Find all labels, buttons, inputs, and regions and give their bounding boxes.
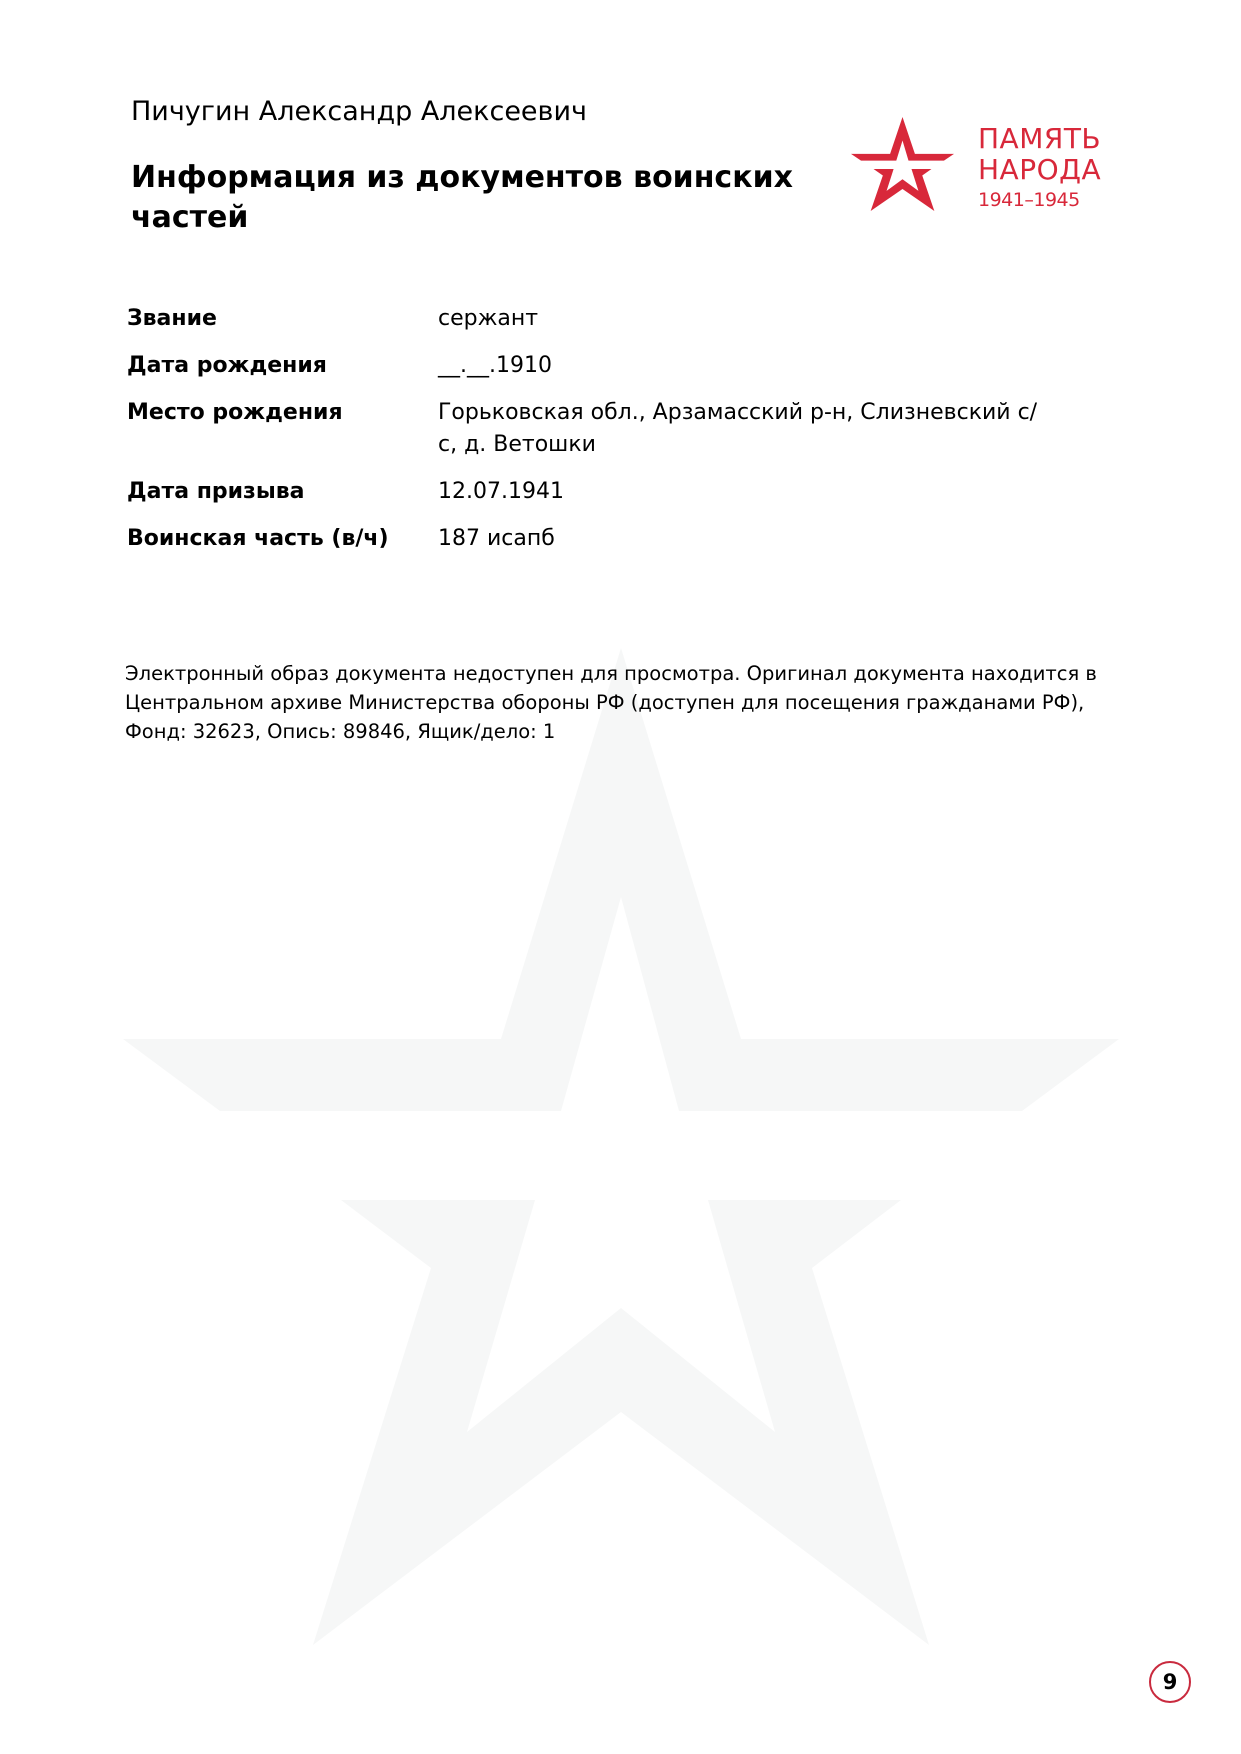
info-label: Воинская часть (в/ч) bbox=[127, 523, 438, 555]
logo-text: ПАМЯТЬ НАРОДА 1941–1945 bbox=[978, 123, 1101, 213]
info-label: Дата призыва bbox=[127, 476, 438, 508]
info-row-rank: Звание сержант bbox=[127, 303, 1107, 335]
star-watermark-lower bbox=[313, 1200, 929, 1645]
logo-line-pamyat: ПАМЯТЬ bbox=[978, 123, 1101, 154]
star-watermark-icon bbox=[123, 648, 1119, 1645]
info-row-birth-date: Дата рождения __.__.1910 bbox=[127, 350, 1107, 382]
info-label: Место рождения bbox=[127, 397, 438, 429]
info-table: Звание сержант Дата рождения __.__.1910 … bbox=[127, 303, 1107, 570]
info-value: 12.07.1941 bbox=[438, 476, 1107, 508]
info-row-military-unit: Воинская часть (в/ч) 187 исапб bbox=[127, 523, 1107, 555]
logo-line-naroda: НАРОДА bbox=[978, 154, 1101, 185]
info-value: сержант bbox=[438, 303, 1107, 335]
info-value: Горьковская обл., Арзамасский р-н, Слизн… bbox=[438, 397, 1107, 461]
red-star-icon bbox=[851, 117, 954, 211]
pamyat-naroda-logo: ПАМЯТЬ НАРОДА 1941–1945 bbox=[851, 117, 1121, 217]
page-number: 9 bbox=[1149, 1661, 1191, 1703]
info-row-conscription-date: Дата призыва 12.07.1941 bbox=[127, 476, 1107, 508]
info-label: Звание bbox=[127, 303, 438, 335]
info-value: 187 исапб bbox=[438, 523, 1107, 555]
info-value: __.__.1910 bbox=[438, 350, 1107, 382]
person-name: Пичугин Александр Алексеевич bbox=[131, 94, 587, 130]
logo-years: 1941–1945 bbox=[978, 187, 1101, 213]
archive-note: Электронный образ документа недоступен д… bbox=[125, 659, 1125, 746]
info-label: Дата рождения bbox=[127, 350, 438, 382]
info-row-birth-place: Место рождения Горьковская обл., Арзамас… bbox=[127, 397, 1107, 461]
page-title: Информация из документов воинских частей bbox=[131, 158, 851, 238]
